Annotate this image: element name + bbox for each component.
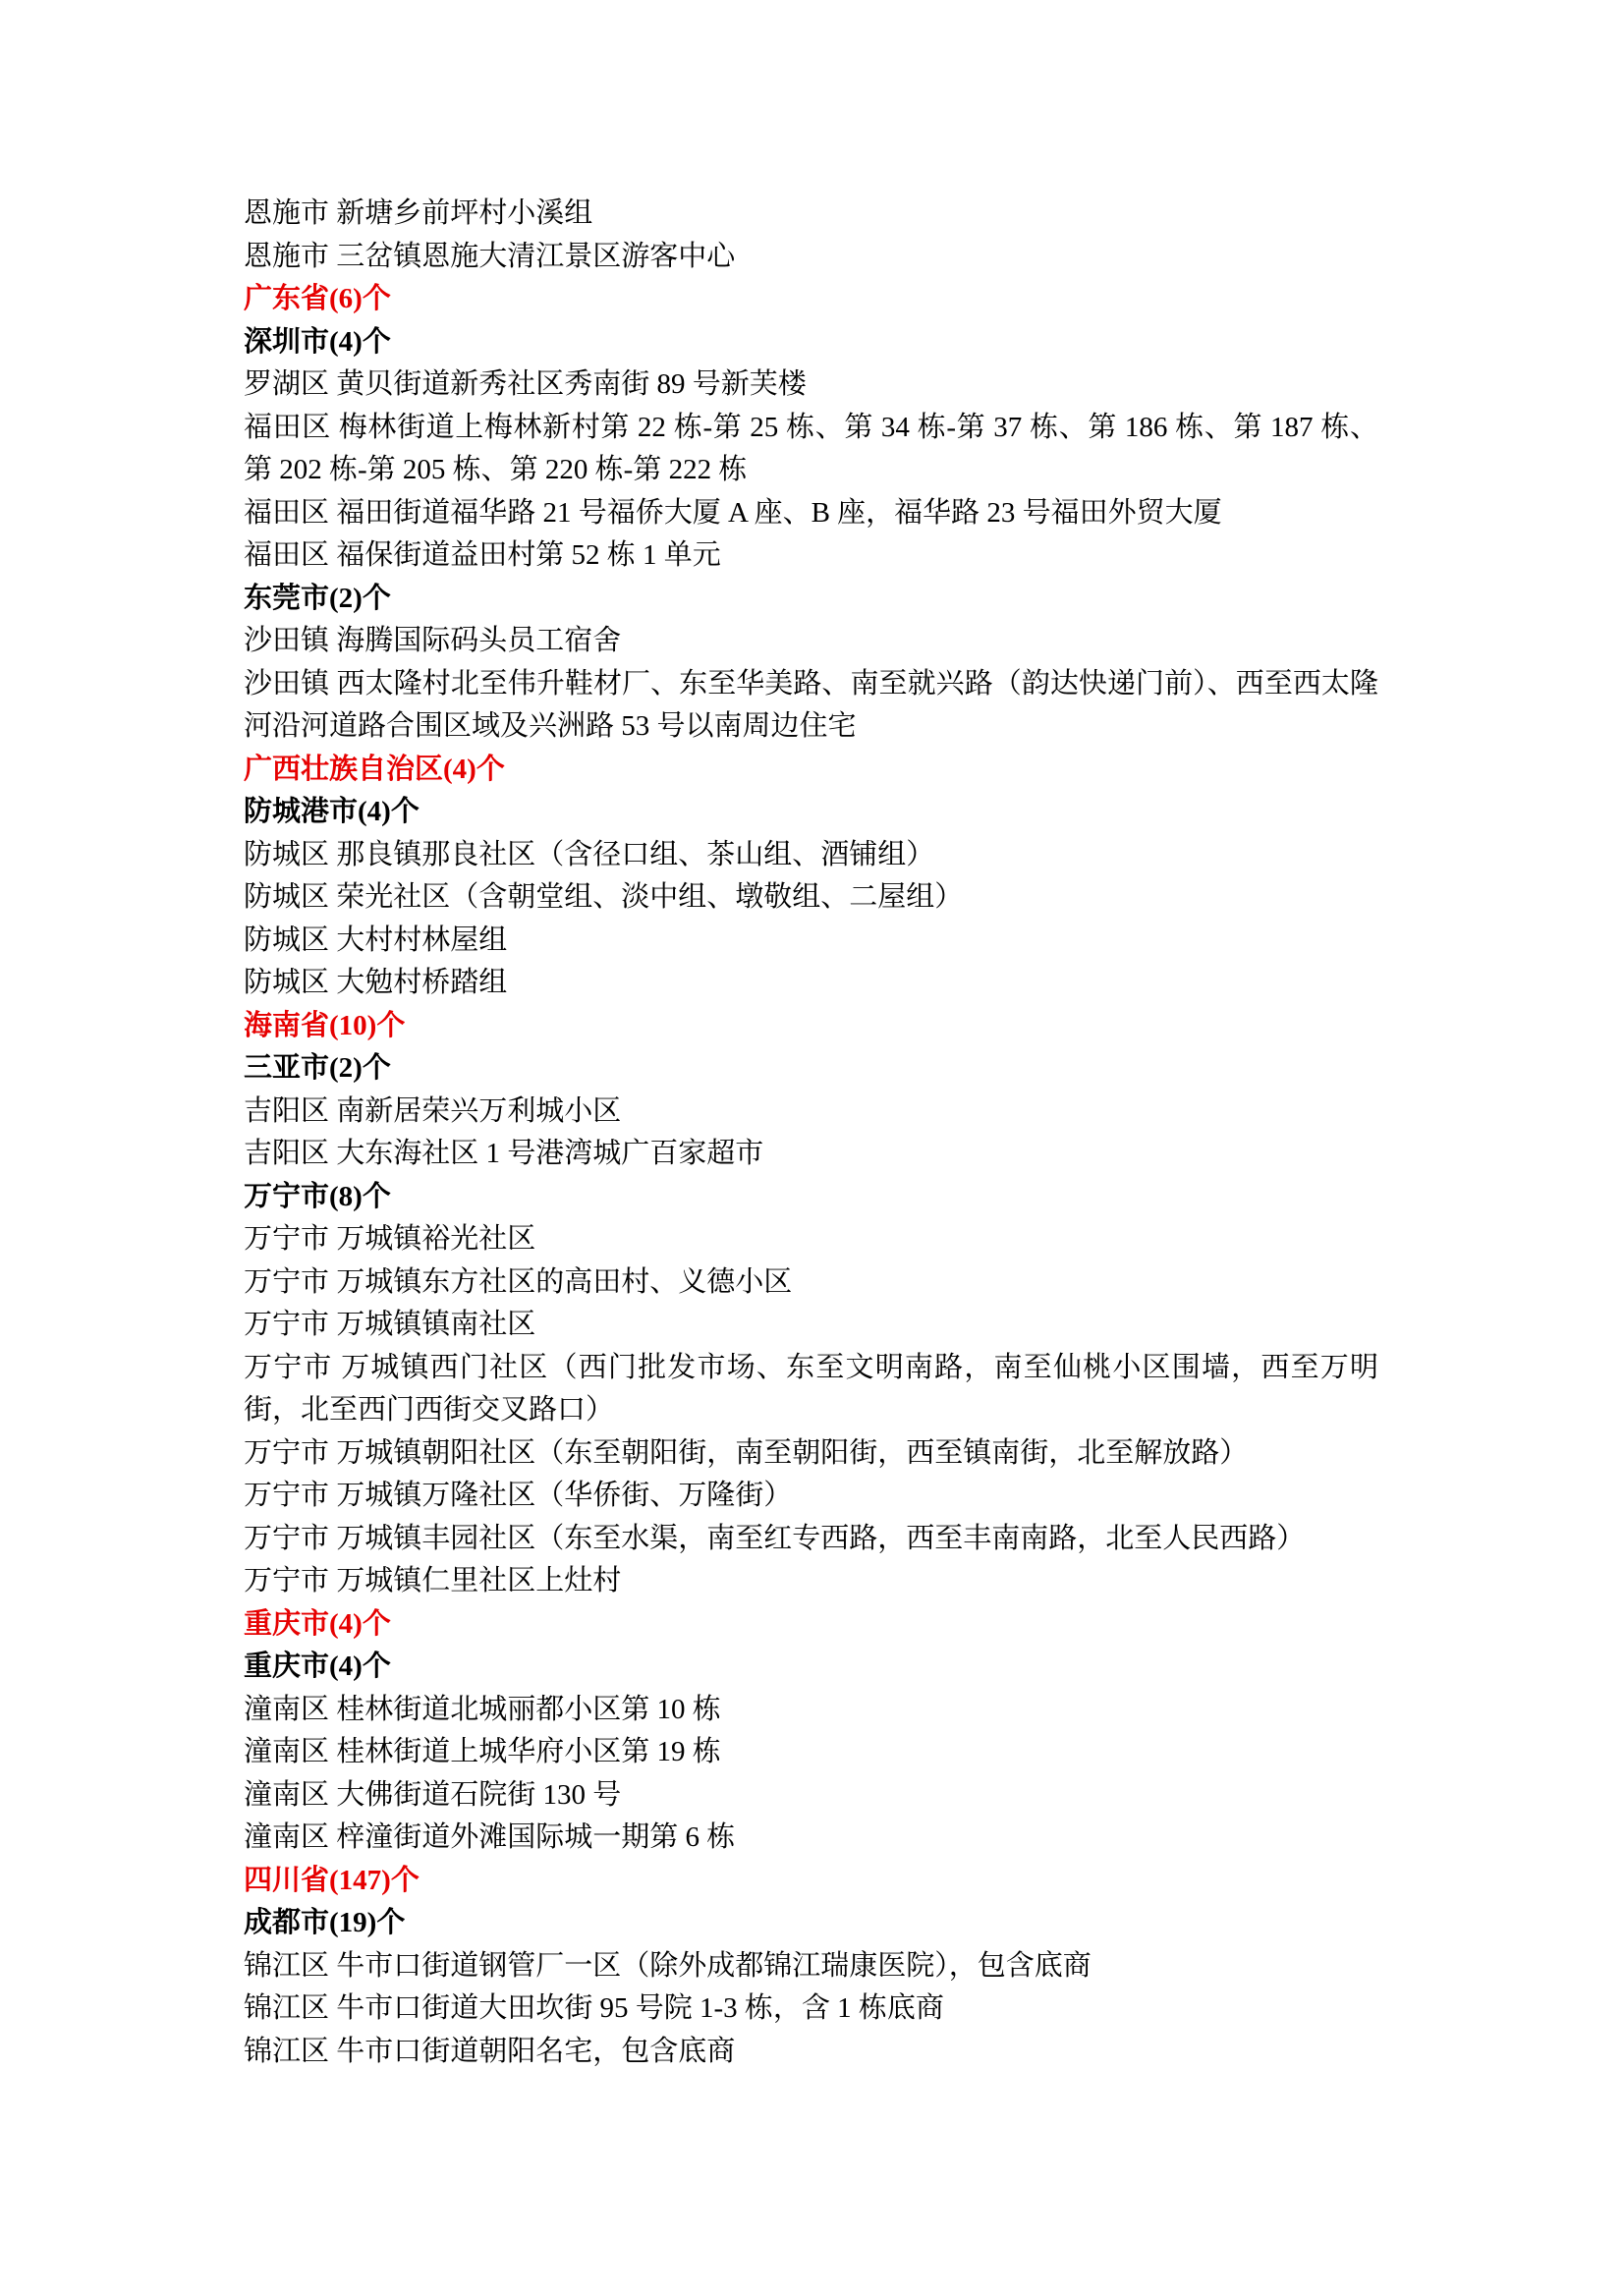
city-header: 万宁市(8)个: [244, 1176, 1378, 1219]
city-header: 深圳市(4)个: [244, 321, 1378, 364]
location-item: 万宁市 万城镇朝阳社区（东至朝阳街，南至朝阳街，西至镇南街，北至解放路）: [244, 1432, 1378, 1476]
province-header: 重庆市(4)个: [244, 1603, 1378, 1647]
location-item: 万宁市 万城镇裕光社区: [244, 1218, 1378, 1261]
location-item: 福田区 福田街道福华路 21 号福侨大厦 A 座、B 座，福华路 23 号福田外…: [244, 492, 1378, 535]
location-item: 福田区 福保街道益田村第 52 栋 1 单元: [244, 534, 1378, 578]
location-item: 锦江区 牛市口街道朝阳名宅，包含底商: [244, 2031, 1378, 2074]
location-item: 防城区 大勉村桥踏组: [244, 962, 1378, 1005]
location-item: 潼南区 大佛街道石院街 130 号: [244, 1774, 1378, 1818]
city-header: 三亚市(2)个: [244, 1047, 1378, 1091]
document-page: 恩施市 新塘乡前坪村小溪组 恩施市 三岔镇恩施大清江景区游客中心 广东省(6)个…: [0, 0, 1624, 2295]
location-item: 福田区 梅林街道上梅林新村第 22 栋-第 25 栋、第 34 栋-第 37 栋…: [244, 407, 1378, 492]
city-header: 东莞市(2)个: [244, 578, 1378, 621]
location-item: 吉阳区 南新居荣兴万利城小区: [244, 1091, 1378, 1134]
city-header: 防城港市(4)个: [244, 791, 1378, 834]
location-item: 锦江区 牛市口街道大田坎街 95 号院 1-3 栋，含 1 栋底商: [244, 1987, 1378, 2031]
location-item: 潼南区 梓潼街道外滩国际城一期第 6 栋: [244, 1817, 1378, 1860]
location-item: 万宁市 万城镇万隆社区（华侨街、万隆街）: [244, 1475, 1378, 1518]
location-item: 潼南区 桂林街道北城丽都小区第 10 栋: [244, 1689, 1378, 1732]
location-item: 潼南区 桂林街道上城华府小区第 19 栋: [244, 1731, 1378, 1774]
location-item: 吉阳区 大东海社区 1 号港湾城广百家超市: [244, 1133, 1378, 1176]
location-item: 锦江区 牛市口街道钢管厂一区（除外成都锦江瑞康医院），包含底商: [244, 1945, 1378, 1988]
province-header: 海南省(10)个: [244, 1005, 1378, 1048]
location-item: 万宁市 万城镇东方社区的高田村、义德小区: [244, 1261, 1378, 1305]
location-item: 防城区 荣光社区（含朝堂组、淡中组、墩敬组、二屋组）: [244, 876, 1378, 920]
province-header: 广东省(6)个: [244, 278, 1378, 321]
location-item: 罗湖区 黄贝街道新秀社区秀南街 89 号新芙楼: [244, 364, 1378, 407]
location-item: 万宁市 万城镇仁里社区上灶村: [244, 1560, 1378, 1603]
location-item: 恩施市 新塘乡前坪村小溪组: [244, 193, 1378, 236]
location-item: 沙田镇 海腾国际码头员工宿舍: [244, 620, 1378, 663]
location-item: 恩施市 三岔镇恩施大清江景区游客中心: [244, 236, 1378, 279]
location-item: 防城区 那良镇那良社区（含径口组、茶山组、酒铺组）: [244, 834, 1378, 877]
city-header: 成都市(19)个: [244, 1902, 1378, 1945]
province-header: 广西壮族自治区(4)个: [244, 749, 1378, 792]
location-item: 万宁市 万城镇镇南社区: [244, 1304, 1378, 1347]
province-header: 四川省(147)个: [244, 1860, 1378, 1903]
city-header: 重庆市(4)个: [244, 1646, 1378, 1689]
location-item: 万宁市 万城镇西门社区（西门批发市场、东至文明南路，南至仙桃小区围墙，西至万明街…: [244, 1347, 1378, 1432]
location-item: 万宁市 万城镇丰园社区（东至水渠，南至红专西路，西至丰南南路，北至人民西路）: [244, 1518, 1378, 1561]
location-item: 防城区 大村村林屋组: [244, 920, 1378, 963]
location-item: 沙田镇 西太隆村北至伟升鞋材厂、东至华美路、南至就兴路（韵达快递门前）、西至西太…: [244, 663, 1378, 749]
